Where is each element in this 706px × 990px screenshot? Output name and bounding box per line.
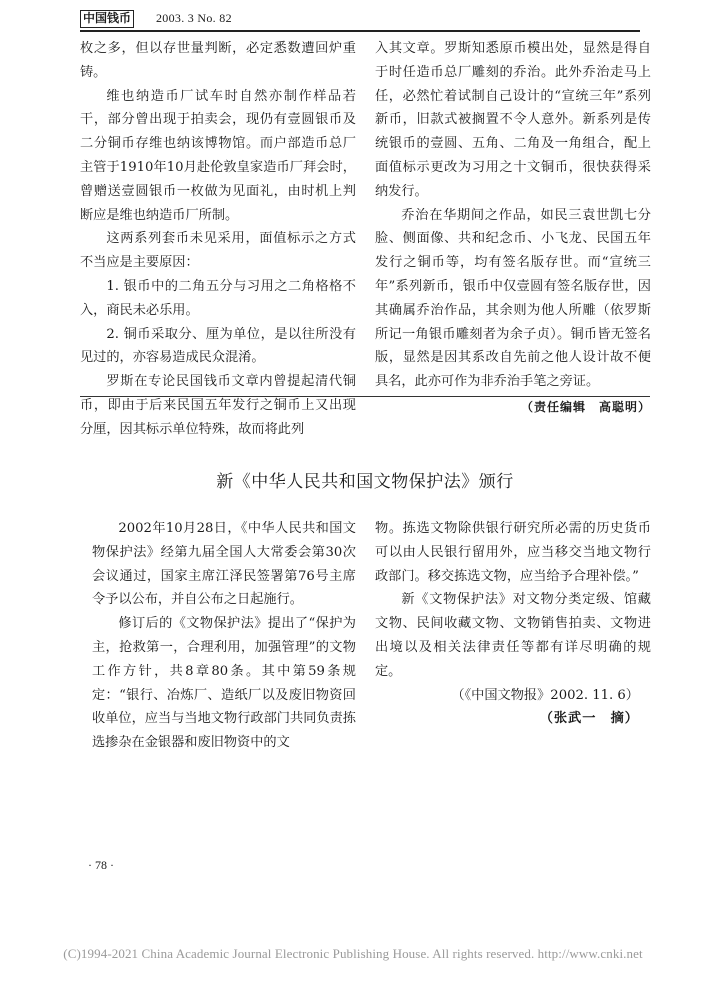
article1-column-right: 入其文章。罗斯知悉原币模出处，显然是得自于时任造币总厂雕刻的乔治。此外乔治走马上… [375,37,651,420]
list-item: 1. 银币中的二角五分与习用之二角格格不入，商民未必乐用。 [80,275,356,323]
journal-logo: 中国钱币 [80,10,134,28]
paragraph: 物。拣选文物除供银行研究所必需的历史货币可以由人民银行留用外，应当移交当地文物行… [375,517,651,588]
article2-column-left: 2002年10月28日，《中华人民共和国文物保护法》经第九届全国人大常委会第30… [92,517,356,755]
source-citation: （《中国文物报》2002. 11. 6） [375,684,651,708]
article2-column-right: 物。拣选文物除供银行研究所必需的历史货币可以由人民银行留用外，应当移交当地文物行… [375,517,651,731]
paragraph: 2002年10月28日，《中华人民共和国文物保护法》经第九届全国人大常委会第30… [92,517,356,612]
clipper-credit: （张武一 摘） [375,707,651,731]
paragraph: 维也纳造币厂试车时自然亦制作样品若干，部分曾出现于拍卖会，现仍有壹圆银币及二分铜… [80,85,356,228]
paragraph: 枚之多，但以存世量判断，必定悉数遭回炉重铸。 [80,37,356,85]
copyright-notice: (C)1994-2021 China Academic Journal Elec… [0,946,706,962]
paragraph: 新《文物保护法》对文物分类定级、馆藏文物、民间收藏文物、文物销售拍卖、文物进出境… [375,588,651,683]
page-header: 中国钱币 2003. 3 No. 82 [80,8,640,32]
issue-number: 2003. 3 No. 82 [156,11,232,26]
article1-column-left: 枚之多，但以存世量判断，必定悉数遭回炉重铸。 维也纳造币厂试车时自然亦制作样品若… [80,37,356,442]
list-item: 2. 铜币采取分、厘为单位，是以往所没有见过的，亦容易造成民众混淆。 [80,323,356,371]
page-number: · 78 · [88,858,114,873]
paragraph: 修订后的《文物保护法》提出了“保护为主，抢救第一，合理利用，加强管理”的文物工作… [92,612,356,755]
section-divider [80,396,650,397]
editor-credit: （责任编辑 高聪明） [375,396,651,420]
paragraph: 这两系列套币未见采用，面值标示之方式不当应是主要原因： [80,227,356,275]
paragraph: 罗斯在专论民国钱币文章内曾提起清代铜币，即由于后来民国五年发行之铜币上又出现分厘… [80,370,356,441]
article-title: 新《中华人民共和国文物保护法》颁行 [80,467,650,492]
paragraph: 入其文章。罗斯知悉原币模出处，显然是得自于时任造币总厂雕刻的乔治。此外乔治走马上… [375,37,651,204]
paragraph: 乔治在华期间之作品，如民三袁世凯七分脸、侧面像、共和纪念币、小飞龙、民国五年发行… [375,204,651,394]
